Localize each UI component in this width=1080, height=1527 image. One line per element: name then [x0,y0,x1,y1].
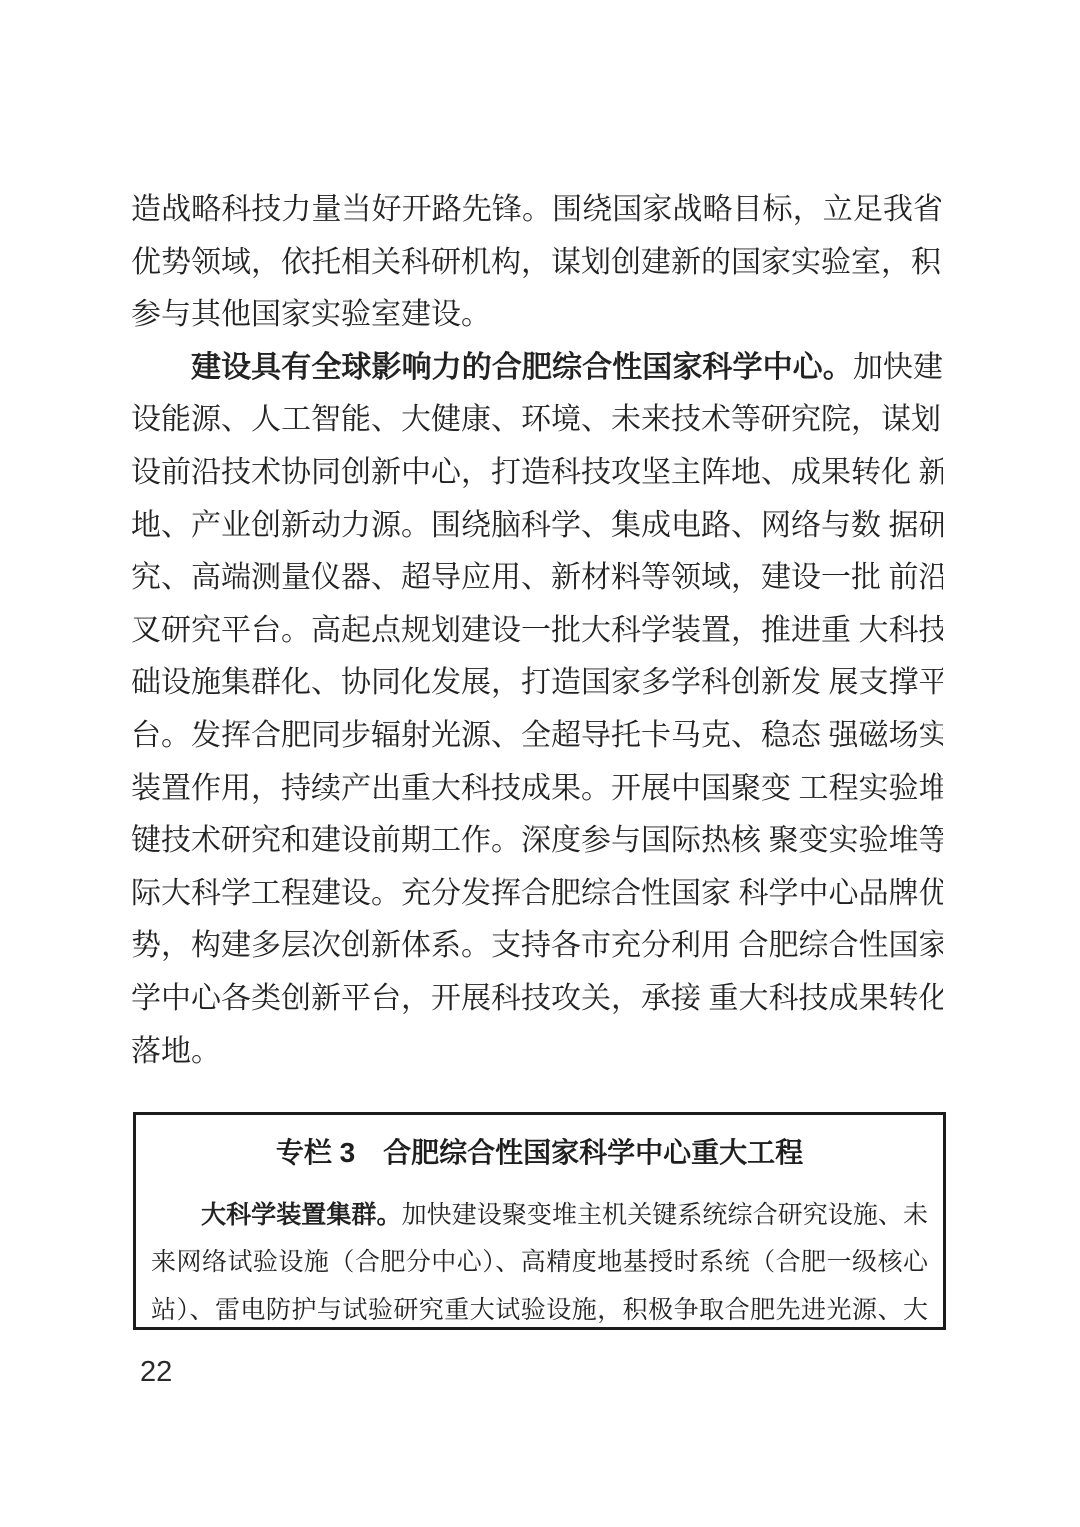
text-segment: 站）、雷电防护与试验研究重大试验设施，积极争取合肥先进光源、大 [151,1297,928,1324]
text-segment: 设能源、人工智能、大健康、环境、未来技术等研究院，谋划 建 [131,403,943,436]
text-segment: 参与其他国家实验室建设。 [131,298,491,331]
text-segment: 学中心各类创新平台，开展科技攻关，承接 重大科技成果转化 [131,982,943,1015]
text-line: 究、高端测量仪器、超导应用、新材料等领域，建设一批 前沿交 [131,552,943,605]
text-segment: 台。发挥合肥同步辐射光源、全超导托卡马克、稳态 强磁场实验 [131,719,943,752]
column-box-body: 大科学装置集群。加快建设聚变堆主机关键系统综合研究设施、未来网络试验设施（合肥分… [151,1191,928,1330]
text-line: 叉研究平台。高起点规划建设一批大科学装置，推进重 大科技基 [131,605,943,658]
text-segment: 势，构建多层次创新体系。支持各市充分利用 合肥综合性国家科 [131,929,943,962]
text-line: 落地。 [131,1026,943,1079]
text-segment: 叉研究平台。高起点规划建设一批大科学装置，推进重 大科技基 [131,614,943,647]
text-line: 参与其他国家实验室建设。 [131,289,943,342]
page-number: 22 [140,1352,172,1392]
text-line: 设前沿技术协同创新中心，打造科技攻坚主阵地、成果转化 新高 [131,447,943,500]
text-segment: 地、产业创新动力源。围绕脑科学、集成电路、网络与数 据研 [131,509,943,542]
document-page: 造战略科技力量当好开路先锋。围绕国家战略目标，立足我省优势领域，依托相关科研机构… [0,0,1080,1527]
text-line: 优势领域，依托相关科研机构，谋划创建新的国家实验室，积 极 [131,237,943,290]
text-line: 建设具有全球影响力的合肥综合性国家科学中心。加快建 [131,342,943,395]
bold-text-segment: 建设具有全球影响力的合肥综合性国家科学中心。 [191,351,853,384]
text-segment: 优势领域，依托相关科研机构，谋划创建新的国家实验室，积 极 [131,246,943,279]
text-segment: 设前沿技术协同创新中心，打造科技攻坚主阵地、成果转化 新高 [131,456,943,489]
text-line: 站）、雷电防护与试验研究重大试验设施，积极争取合肥先进光源、大 [151,1287,928,1330]
text-segment: 键技术研究和建设前期工作。深度参与国际热核 聚变实验堆等国 [131,824,943,857]
text-segment: 落地。 [131,1035,221,1068]
text-line: 学中心各类创新平台，开展科技攻关，承接 重大科技成果转化 [131,973,943,1026]
text-segment: 础设施集群化、协同化发展，打造国家多学科创新发 展支撑平 [131,666,943,699]
text-segment: 加快建设聚变堆主机关键系统综合研究设施、未 [402,1202,928,1229]
text-line: 大科学装置集群。加快建设聚变堆主机关键系统综合研究设施、未 [151,1191,928,1239]
text-line: 设能源、人工智能、大健康、环境、未来技术等研究院，谋划 建 [131,394,943,447]
text-line: 势，构建多层次创新体系。支持各市充分利用 合肥综合性国家科 [131,920,943,973]
text-line: 际大科学工程建设。充分发挥合肥综合性国家 科学中心品牌优 [131,868,943,921]
text-line: 台。发挥合肥同步辐射光源、全超导托卡马克、稳态 强磁场实验 [131,710,943,763]
text-segment: 际大科学工程建设。充分发挥合肥综合性国家 科学中心品牌优 [131,877,943,910]
text-line: 造战略科技力量当好开路先锋。围绕国家战略目标，立足我省 [131,184,943,237]
text-line: 装置作用，持续产出重大科技成果。开展中国聚变 工程实验堆关 [131,763,943,816]
column-box-title: 专栏 3 合肥综合性国家科学中心重大工程 [151,1132,928,1174]
document-body: 造战略科技力量当好开路先锋。围绕国家战略目标，立足我省优势领域，依托相关科研机构… [131,184,943,1078]
text-line: 础设施集群化、协同化发展，打造国家多学科创新发 展支撑平 [131,657,943,710]
bold-text-segment: 大科学装置集群。 [201,1201,402,1229]
text-line: 键技术研究和建设前期工作。深度参与国际热核 聚变实验堆等国 [131,815,943,868]
text-segment: 造战略科技力量当好开路先锋。围绕国家战略目标，立足我省 [131,193,943,226]
text-segment: 装置作用，持续产出重大科技成果。开展中国聚变 工程实验堆关 [131,772,943,805]
text-segment: 来网络试验设施（合肥分中心）、高精度地基授时系统（合肥一级核心 [151,1249,928,1276]
text-segment: 究、高端测量仪器、超导应用、新材料等领域，建设一批 前沿交 [131,561,943,594]
text-line: 来网络试验设施（合肥分中心）、高精度地基授时系统（合肥一级核心 [151,1239,928,1287]
text-line: 地、产业创新动力源。围绕脑科学、集成电路、网络与数 据研 [131,500,943,553]
column-box-3: 专栏 3 合肥综合性国家科学中心重大工程 大科学装置集群。加快建设聚变堆主机关键… [133,1112,946,1330]
text-segment: 加快建 [853,351,943,384]
